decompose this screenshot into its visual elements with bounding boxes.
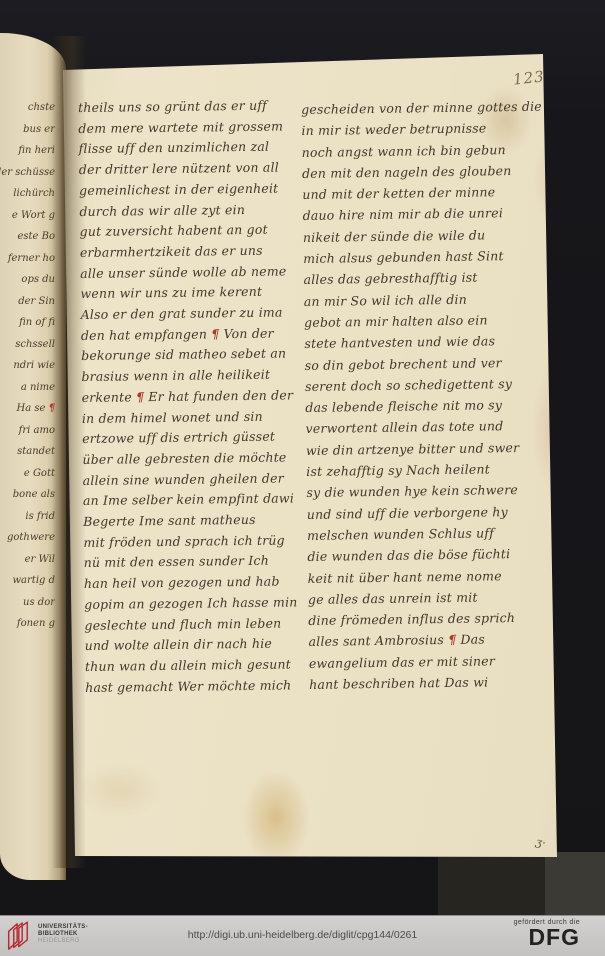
manuscript-text-line: wie din artzenye bitter und swer <box>306 436 541 461</box>
manuscript-text-line: ertzowe uff dis ertrich güsset <box>82 427 302 450</box>
manuscript-text-line: die wunden das die böse füchti <box>307 543 542 568</box>
manuscript-text-line: brasius wenn in alle heilikeit <box>81 364 301 387</box>
manuscript-text-line: den mit den nageln des glouben <box>302 160 537 185</box>
manuscript-text-line: der schüsse <box>0 162 55 184</box>
rubric-pilcrow: ¶ <box>49 403 55 414</box>
manuscript-text-line: e Wort g <box>0 205 55 227</box>
manuscript-text-line: an Ime selber kein empfint dawi <box>83 489 303 512</box>
manuscript-text-line: wenn wir uns zu ime kerent <box>80 282 300 305</box>
library-name-line1: UNIVERSITÄTS- <box>38 924 88 931</box>
manuscript-text-line: schssell <box>0 334 55 356</box>
footer-bar: UNIVERSITÄTS- BIBLIOTHEK HEIDELBERG http… <box>0 915 605 956</box>
manuscript-text-line: gemeinlichest in der eigenheit <box>79 178 299 201</box>
scan-source-url: http://digi.ub.uni-heidelberg.de/diglit/… <box>188 929 417 941</box>
manuscript-text-line: han heil von gezogen und hab <box>84 571 304 594</box>
manuscript-text-line: fonen g <box>0 613 55 635</box>
manuscript-text-line: standet <box>0 441 55 463</box>
manuscript-text-line: und wolte allein dir nach hie <box>85 634 305 657</box>
facing-page-text-fragments: chstebus erfin herider schüsselichürche … <box>0 97 55 657</box>
manuscript-text-line: mich alsus gebunden hast Sint <box>303 245 538 270</box>
manuscript-text-line: flisse uff den unzimlichen zal <box>79 137 299 160</box>
manuscript-text-line: bus er <box>0 119 55 141</box>
ub-heidelberg-logo-icon <box>7 921 34 952</box>
manuscript-text-line: thun wan du allein mich gesunt <box>85 654 305 677</box>
manuscript-text-line: in dem himel wonet und sin <box>82 406 302 429</box>
manuscript-text-line: dine frömeden influs des sprich <box>308 607 543 632</box>
manuscript-text-line: fri amo <box>0 420 55 442</box>
manuscript-text-line: ops du <box>0 269 55 291</box>
manuscript-text-line: e Gott <box>0 463 55 485</box>
manuscript-text-line: is frid <box>0 506 55 528</box>
manuscript-text-line: ferner ho <box>0 248 55 270</box>
rubric-pilcrow: ¶ <box>448 632 456 647</box>
folio-number: 123 <box>512 67 545 88</box>
dfg-logo: DFG <box>514 926 580 948</box>
manuscript-text-line: den hat empfangen ¶ Von der <box>81 323 301 346</box>
manuscript-text-line: gescheiden von der minne gottes die <box>301 96 536 121</box>
manuscript-text-line: der dritter lere nützent von all <box>79 157 299 180</box>
manuscript-text-line: allein sine wunden gheilen der <box>83 468 303 491</box>
manuscript-text-line: dem mere wartete mit grossem <box>78 116 298 139</box>
manuscript-text-line: und sind uff die verborgene hy <box>307 500 542 525</box>
manuscript-text-line: fin heri <box>0 140 55 162</box>
manuscript-text-line: gut zuversicht habent an got <box>80 220 300 243</box>
manuscript-text-line: bone als <box>0 484 55 506</box>
manuscript-text-line: a nime <box>0 377 55 399</box>
manuscript-text-line: wartig d <box>0 570 55 592</box>
manuscript-text-line: chste <box>0 97 55 119</box>
manuscript-text-line: us dor <box>0 592 55 614</box>
scan-background-patch <box>545 852 605 916</box>
text-column-left: theils uns so grünt das er uffdem mere w… <box>78 95 305 698</box>
rubric-pilcrow: ¶ <box>211 326 219 341</box>
library-name: UNIVERSITÄTS- BIBLIOTHEK HEIDELBERG <box>38 924 88 945</box>
facing-page-edge: chstebus erfin herider schüsselichürche … <box>0 33 66 880</box>
manuscript-text-line: Also er den grat sunder zu ima <box>81 302 301 325</box>
manuscript-scan: chstebus erfin herider schüsselichürche … <box>0 0 605 956</box>
manuscript-text-line: hant beschriben hat Das wi <box>309 671 544 696</box>
manuscript-text-line: lichürch <box>0 183 55 205</box>
manuscript-text-line: über alle gebresten die möchte <box>82 447 302 470</box>
manuscript-text-line: Begerte Ime sant matheus <box>83 509 303 532</box>
manuscript-text-line: alle unser sünde wolle ab neme <box>80 261 300 284</box>
manuscript-text-line: erkente ¶ Er hat funden den der <box>82 385 302 408</box>
text-column-right: gescheiden von der minne gottes diein mi… <box>301 96 544 696</box>
scan-background-patch <box>438 852 548 916</box>
dfg-funding-block: gefördert durch die DFG <box>514 919 580 948</box>
manuscript-text-line: gothwere <box>0 527 55 549</box>
manuscript-text-line: er Wil <box>0 549 55 571</box>
manuscript-text-line: sy die wunden hye kein schwere <box>306 479 541 504</box>
library-name-line3: HEIDELBERG <box>38 938 88 945</box>
manuscript-text-line: nü mit den essen sunder Ich <box>84 551 304 574</box>
manuscript-text-line: fin of fi <box>0 312 55 334</box>
manuscript-text-line: geslechte und fluch min leben <box>84 613 304 636</box>
manuscript-text-line: theils uns so grünt das er uff <box>78 95 298 118</box>
manuscript-text-line: bekorunge sid matheo sebet an <box>81 344 301 367</box>
manuscript-text-line: hast gemacht Wer möchte mich <box>85 675 305 698</box>
manuscript-text-line: durch das wir alle zyt ein <box>79 199 299 222</box>
rubric-pilcrow: ¶ <box>136 389 144 404</box>
manuscript-text-line: mit fröden und sprach ich trüg <box>83 530 303 553</box>
manuscript-text-line: gopim an gezogen Ich hasse min <box>84 592 304 615</box>
manuscript-text-line: dauo hire nim mir ab die unrei <box>302 202 537 227</box>
manuscript-text-line: serent doch so schedigettent sy <box>305 373 540 398</box>
manuscript-text-line: der Sin <box>0 291 55 313</box>
manuscript-text-line: erbarmhertzikeit das er uns <box>80 240 300 263</box>
manuscript-text-line: este Bo <box>0 226 55 248</box>
library-name-line2: BIBLIOTHEK <box>38 931 88 938</box>
manuscript-text-line: ¶ Ha se <box>0 398 55 420</box>
manuscript-text-line: ndri wie <box>0 355 55 377</box>
